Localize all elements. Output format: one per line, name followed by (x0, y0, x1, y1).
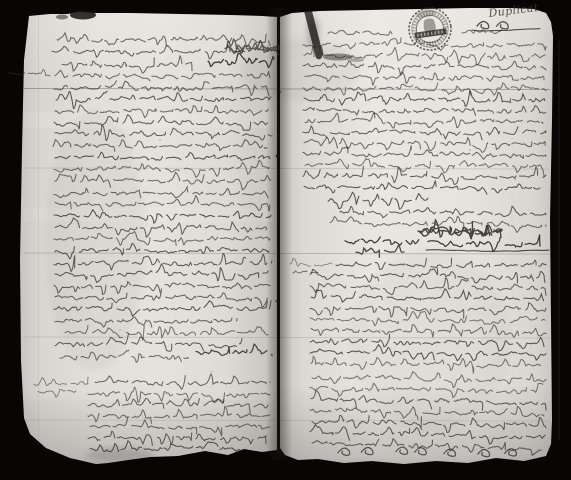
scan-canvas: Duplicat (0, 0, 571, 480)
scanned-document-photo: Duplicat (0, 0, 571, 480)
